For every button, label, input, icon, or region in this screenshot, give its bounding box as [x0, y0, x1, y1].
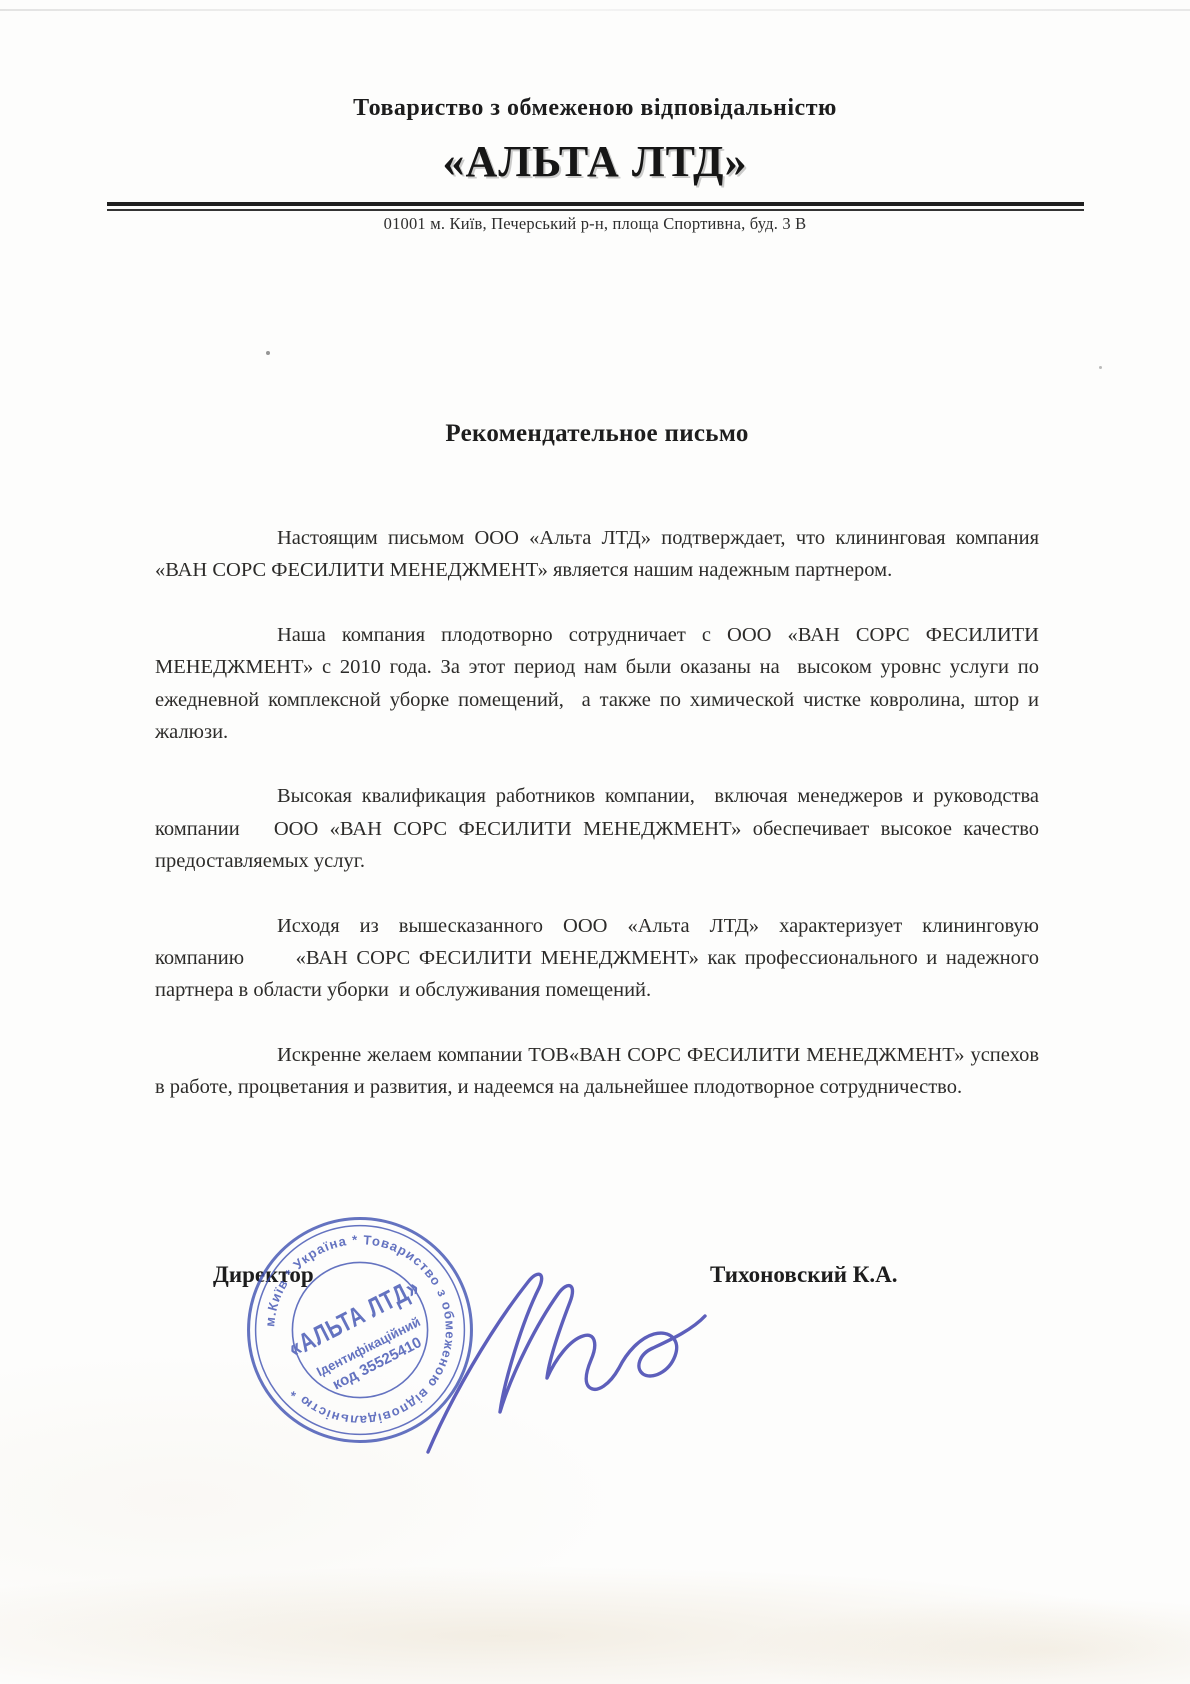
org-name: «АЛЬТА ЛТД»	[0, 136, 1190, 187]
signature-stroke	[428, 1274, 705, 1452]
letter-body: Рекомендательное письмо Настоящим письмо…	[155, 420, 1039, 1104]
letterhead: Товариство з обмеженою відповідальністю …	[0, 0, 1190, 234]
letter-paragraph: Высокая квалификация работников компании…	[155, 780, 1039, 877]
letterhead-divider	[107, 202, 1084, 211]
letter-paragraph: Исходя из вышесказанного ООО «Альта ЛТД»…	[155, 910, 1039, 1007]
signer-name: Тихоновский К.А.	[710, 1262, 898, 1288]
scan-edge-line	[0, 9, 1190, 11]
letter-paragraph: Искренне желаем компании ТОВ«ВАН СОРС ФЕ…	[155, 1039, 1039, 1104]
org-type: Товариство з обмеженою відповідальністю	[0, 95, 1190, 122]
letter-paragraph: Настоящим письмом ООО «Альта ЛТД» подтве…	[155, 522, 1039, 587]
scan-speck	[1099, 366, 1102, 369]
recommendation-letter-page: Товариство з обмеженою відповідальністю …	[0, 0, 1190, 1684]
letter-title: Рекомендательное письмо	[155, 420, 1039, 448]
signature-ink	[398, 1228, 720, 1460]
scan-speck	[266, 351, 270, 355]
letter-paragraph: Наша компания плодотворно сотрудничает с…	[155, 619, 1039, 749]
org-address: 01001 м. Київ, Печерський р-н, площа Спо…	[0, 214, 1190, 234]
